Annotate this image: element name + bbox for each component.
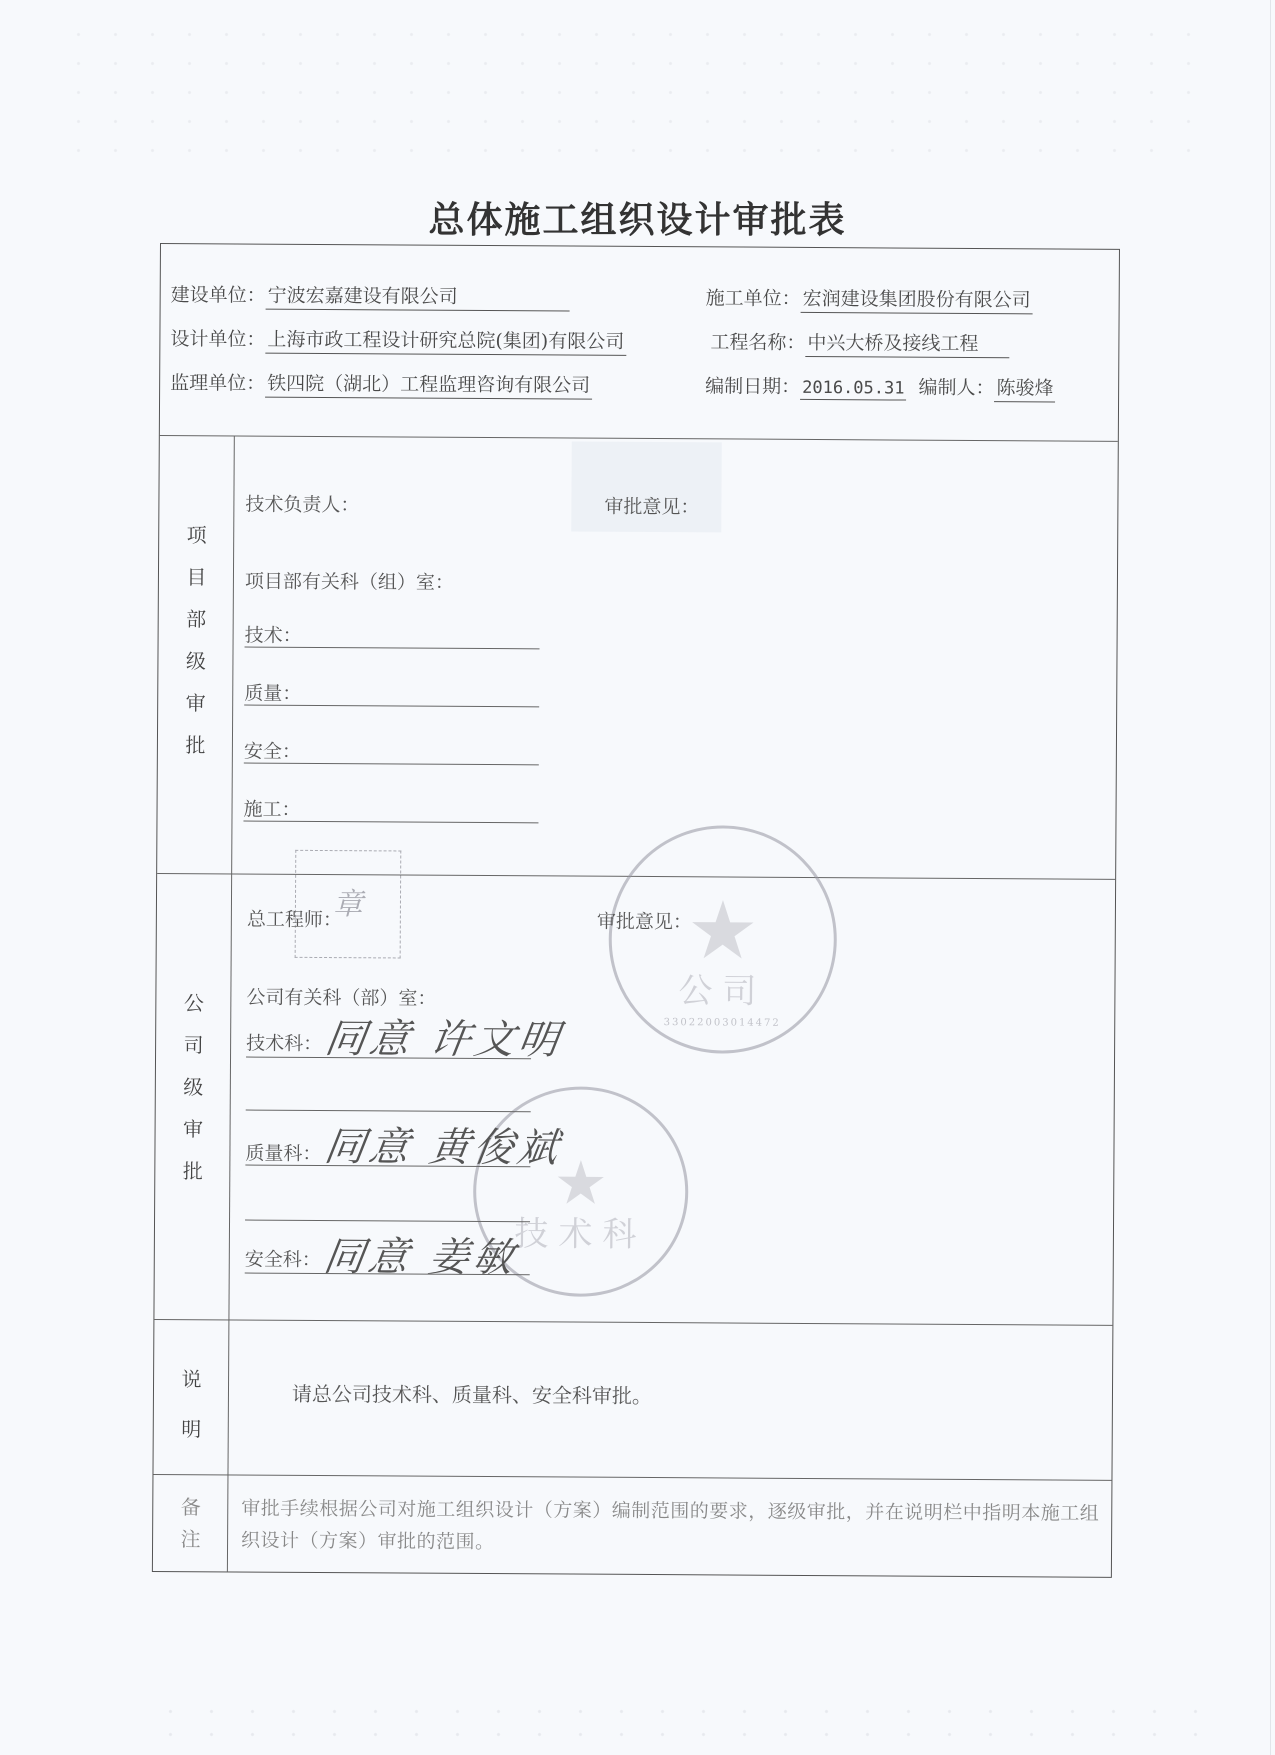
- compiler-value: 陈骏烽: [994, 373, 1055, 402]
- divider-notes-section: [153, 1474, 1111, 1481]
- project-quality-field-label: 质量：: [244, 679, 301, 706]
- design-unit-row: 设计单位：上海市政工程设计研究总院(集团)有限公司: [170, 324, 626, 356]
- scan-speckle-top: [60, 20, 1210, 170]
- remarks-label: 备 注: [153, 1491, 228, 1555]
- project-safety-signature-line[interactable]: [244, 763, 539, 766]
- project-name-label: 工程名称：: [710, 331, 805, 354]
- compile-date-value: 2016.05.31: [800, 378, 906, 401]
- approval-form-table: 建设单位：宁波宏嘉建设有限公司 施工单位：宏润建设集团股份有限公司 设计单位：上…: [152, 243, 1120, 1578]
- contractor-unit-value: 宏润建设集团股份有限公司: [801, 284, 1033, 314]
- construction-unit-row: 建设单位：宁波宏嘉建设有限公司: [171, 280, 570, 311]
- divider-header: [160, 435, 1118, 442]
- design-unit-value: 上海市政工程设计研究总院(集团)有限公司: [265, 325, 626, 356]
- project-opinion-label: 审批意见：: [604, 492, 699, 520]
- project-quality-signature-line[interactable]: [244, 705, 539, 708]
- compiler-label: 编制人：: [918, 377, 994, 399]
- contractor-unit-label: 施工单位：: [706, 287, 801, 310]
- supervision-unit-value: 铁四院（湖北）工程监理咨询有限公司: [265, 369, 592, 400]
- project-safety-field-label: 安全：: [244, 737, 301, 764]
- project-name-row: 工程名称：中兴大桥及接线工程: [710, 327, 1009, 358]
- company-quality-field-label: 质量科：: [245, 1139, 321, 1166]
- divider-company-section: [154, 1319, 1112, 1326]
- chief-engineer-label: 总工程师：: [247, 905, 342, 933]
- construction-unit-value: 宁波宏嘉建设有限公司: [266, 281, 570, 312]
- notes-label: 说 明: [154, 1354, 230, 1454]
- company-seal-stamp: ★ 公司 33022003014472: [608, 825, 837, 1054]
- company-safety-field-label: 安全科：: [245, 1245, 321, 1272]
- project-construction-signature-line[interactable]: [243, 821, 538, 824]
- remarks-text: 审批手续根据公司对施工组织设计（方案）编制范围的要求，逐级审批，并在说明栏中指明…: [241, 1493, 1101, 1562]
- scan-speckle-bottom: [150, 1700, 1200, 1740]
- project-tech-signature-line[interactable]: [245, 647, 540, 650]
- project-level-label: 项 目 部 级 审 批: [158, 514, 235, 766]
- company-level-label: 公 司 级 审 批: [155, 982, 231, 1192]
- compile-date-label: 编制日期：: [705, 375, 800, 398]
- company-opinion-label: 审批意见：: [597, 907, 692, 935]
- supervision-unit-label: 监理单位：: [170, 372, 265, 395]
- document-title: 总体施工组织设计审批表: [0, 192, 1275, 243]
- tech-lead-label: 技术负责人：: [245, 490, 359, 518]
- construction-unit-label: 建设单位：: [171, 284, 266, 307]
- company-blank-line-1: [246, 1110, 531, 1113]
- project-construction-field-label: 施工：: [243, 795, 300, 822]
- contractor-unit-row: 施工单位：宏润建设集团股份有限公司: [706, 283, 1033, 314]
- company-tech-field-label: 技术科：: [246, 1029, 322, 1056]
- compile-date-row: 编制日期：2016.05.31 编制人：陈骏烽: [705, 371, 1056, 402]
- supervision-unit-row: 监理单位：铁四院（湖北）工程监理咨询有限公司: [170, 368, 592, 400]
- project-tech-field-label: 技术：: [245, 621, 302, 648]
- design-unit-label: 设计单位：: [170, 328, 265, 351]
- page-edge: [1270, 0, 1271, 1755]
- notes-text: 请总公司技术科、质量科、安全科审批。: [292, 1378, 652, 1409]
- project-departments-label: 项目部有关科（组）室：: [245, 567, 454, 595]
- project-name-value: 中兴大桥及接线工程: [805, 328, 1009, 358]
